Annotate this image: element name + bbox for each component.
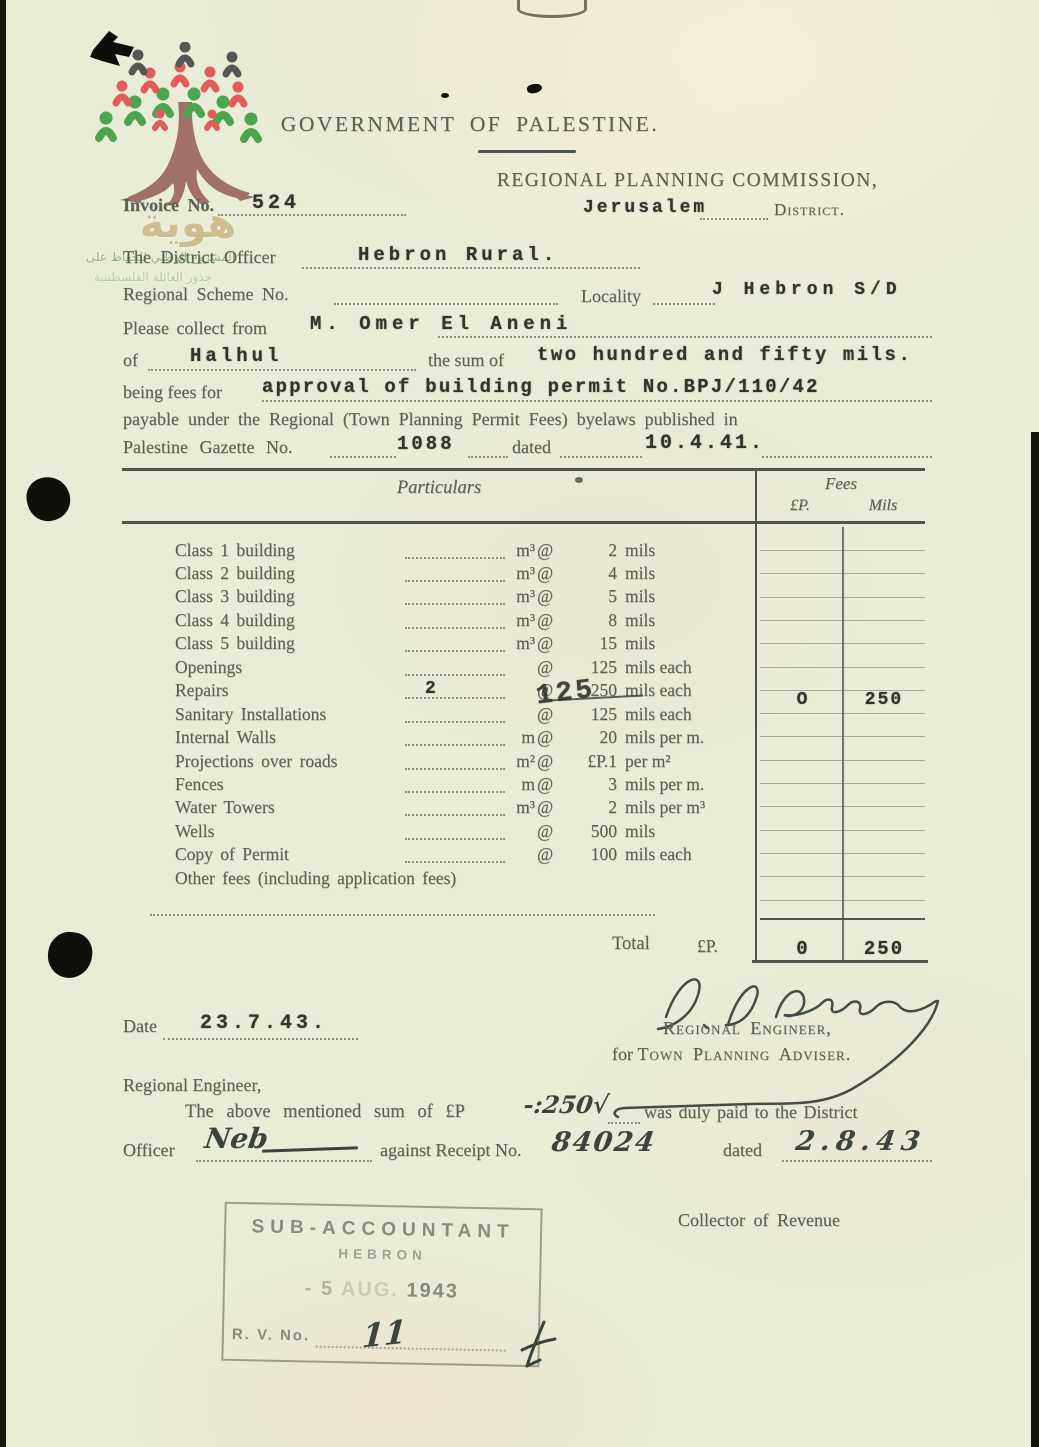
- fee-schedule-row: Sanitary Installations@125mils each: [175, 704, 795, 728]
- total-label: Total: [612, 934, 650, 955]
- fees-header: Fees: [757, 474, 925, 494]
- row-rate: 2: [558, 540, 617, 561]
- commission-title: REGIONAL PLANNING COMMISSION,: [445, 170, 930, 192]
- at-sign: @: [537, 727, 553, 748]
- officer-label: Officer: [123, 1140, 175, 1161]
- handwritten-receipt-no: 84024: [550, 1127, 658, 1158]
- row-label: Class 3 building: [175, 586, 295, 607]
- row-leader: [405, 625, 505, 629]
- particulars-header: Particulars: [122, 478, 756, 499]
- invoice-leader: [218, 212, 406, 216]
- punch-hole-bottom: [45, 929, 95, 981]
- district-leader: [700, 216, 768, 220]
- fee-row-line: [760, 900, 925, 901]
- at-sign: @: [537, 774, 553, 795]
- of-value: Halhul: [190, 345, 282, 367]
- fees-for-value: approval of building permit No.BPJ/110/4…: [262, 376, 820, 398]
- paid-line1-end: was duly paid to the District: [644, 1102, 857, 1123]
- sum-label: the sum of: [428, 350, 504, 371]
- fee-entry-pounds: O: [762, 690, 842, 710]
- sum-value: two hundred and fifty mils.: [537, 344, 912, 366]
- fee-subdivider-vertical: [842, 527, 844, 963]
- pounds-header: £P.: [760, 497, 840, 515]
- row-leader: [405, 789, 505, 793]
- row-rate-suffix: mils each: [625, 844, 692, 865]
- row-leader: [405, 859, 505, 863]
- row-label: Fences: [175, 774, 224, 795]
- collect-label: Please collect from: [123, 318, 267, 339]
- fee-schedule-row: Class 3 buildingm³@5mils: [175, 586, 795, 610]
- table-top-rule: [122, 468, 925, 471]
- scheme-label: Regional Scheme No.: [123, 284, 288, 305]
- gazette-leader2: [468, 454, 508, 458]
- row-leader: [405, 766, 505, 770]
- at-sign: @: [537, 586, 553, 607]
- row-unit: m³: [500, 797, 535, 818]
- fee-schedule-row: Internal Wallsm@20mils per m.: [175, 727, 795, 751]
- row-unit: m³: [500, 633, 535, 654]
- row-rate-suffix: mils: [625, 563, 655, 584]
- row-rate: 500: [558, 821, 617, 842]
- pen-flourish-mark: [518, 1318, 560, 1370]
- mils-header: Mils: [843, 497, 923, 515]
- fee-schedule-row: Wells@500mils: [175, 821, 795, 845]
- row-rate-suffix: mils each: [625, 657, 692, 678]
- for-adviser-line: for Town Planning Adviser.: [612, 1044, 851, 1065]
- row-rate: 4: [558, 563, 617, 584]
- row-label: Sanitary Installations: [175, 704, 326, 725]
- row-rate-suffix: mils per m³: [625, 797, 705, 818]
- handwritten-paid-date: 2.8.43: [794, 1126, 928, 1157]
- row-rate-suffix: mils each: [625, 704, 692, 725]
- date-label: Date: [123, 1016, 157, 1037]
- row-leader: [405, 695, 505, 699]
- row-rate: 100: [558, 844, 617, 865]
- scanned-invoice-page: هوية المشروع الوطني للحفاظ على جذور العا…: [0, 0, 1039, 1447]
- paid-dated-label: dated: [723, 1140, 762, 1161]
- locality-leader: [653, 301, 715, 305]
- row-rate: £P.1: [558, 751, 617, 772]
- row-label: Repairs: [175, 680, 228, 701]
- at-sign: @: [537, 844, 553, 865]
- at-sign: @: [537, 657, 553, 678]
- gazette-date: 10.4.41.: [645, 432, 765, 455]
- row-leader: [405, 672, 505, 676]
- row-leader: [405, 578, 505, 582]
- row-rate: 8: [558, 610, 617, 631]
- handwritten-officer: Neb: [203, 1122, 271, 1155]
- at-sign: @: [537, 610, 553, 631]
- row-rate-suffix: mils: [625, 633, 655, 654]
- fee-schedule-row: Copy of Permit@100mils each: [175, 844, 795, 868]
- paid-line1-start: The above mentioned sum of £P: [185, 1102, 465, 1123]
- row-leader: [405, 812, 505, 816]
- row-rate-suffix: mils per m.: [625, 727, 704, 748]
- row-leader: [405, 836, 505, 840]
- at-sign: @: [537, 751, 553, 772]
- particulars-end-leader: [150, 912, 655, 916]
- fee-schedule-row: Projections over roadsm²@£P.1per m²: [175, 751, 795, 775]
- row-label: Copy of Permit: [175, 844, 289, 865]
- page-title: GOVERNMENT OF PALESTINE.: [120, 112, 820, 137]
- row-rate-suffix: per m²: [625, 751, 671, 772]
- row-unit: m: [500, 774, 535, 795]
- scan-edge-left: [0, 0, 6, 1447]
- at-sign: @: [537, 633, 553, 654]
- fee-schedule-row: Class 4 buildingm³@8mils: [175, 610, 795, 634]
- row-rate: 5: [558, 586, 617, 607]
- row-label: Internal Walls: [175, 727, 276, 748]
- locality-value: J Hebron S/D: [712, 280, 902, 300]
- row-rate: 3: [558, 774, 617, 795]
- fee-schedule-row: Fencesm@3mils per m.: [175, 774, 795, 798]
- regional-engineer-title: Regional Engineer,: [663, 1018, 832, 1039]
- fees-for-leader: [262, 398, 932, 402]
- fee-total-top-rule: [760, 918, 925, 920]
- gazette-label: Palestine Gazette No.: [123, 437, 292, 458]
- row-leader: [405, 719, 505, 723]
- stamp-arc-mark: [517, 0, 587, 18]
- fee-entry-mils: 250: [843, 690, 925, 710]
- stamp-rv-leader: [316, 1344, 506, 1352]
- for-prefix: for: [612, 1044, 633, 1064]
- fee-schedule-row: Class 1 buildingm³@2mils: [175, 540, 795, 564]
- handwritten-officer-tail: [262, 1146, 358, 1152]
- locality-label: Locality: [581, 286, 641, 307]
- row-rate-suffix: mils: [625, 540, 655, 561]
- logo-arabic-line2: جذور العائلة الفلسطينية: [78, 270, 228, 284]
- row-rate-suffix: mils: [625, 821, 655, 842]
- stamp-date-month: AUG.: [341, 1278, 399, 1301]
- gazette-leader4: [762, 454, 932, 458]
- row-leader: [405, 555, 505, 559]
- fee-schedule-row: Class 5 buildingm³@15mils: [175, 633, 795, 657]
- row-rate: 2: [558, 797, 617, 818]
- regional-engineer-salutation: Regional Engineer,: [123, 1075, 261, 1096]
- dated-label: dated: [512, 437, 551, 458]
- district-officer-value: Hebron Rural.: [358, 244, 558, 266]
- row-leader: [405, 742, 505, 746]
- row-rate: 15: [558, 633, 617, 654]
- at-sign: @: [537, 540, 553, 561]
- invoice-label: Invoice No.: [123, 195, 214, 216]
- gazette-leader1: [330, 454, 396, 458]
- fees-for-label: being fees for: [123, 382, 222, 403]
- district-officer-label: The District Officer: [123, 247, 276, 268]
- stamp-title: SUB-ACCOUNTANT: [226, 1216, 540, 1245]
- row-label: Class 2 building: [175, 563, 295, 584]
- total-currency: £P.: [697, 936, 718, 957]
- row-unit: m³: [500, 586, 535, 607]
- row-label: Projections over roads: [175, 751, 338, 772]
- stamp-date: - 5 AUG. 1943: [225, 1276, 539, 1306]
- at-sign: @: [537, 563, 553, 584]
- officer-leader: [196, 1158, 372, 1162]
- row-leader: [405, 601, 505, 605]
- stamp-rv-label: R. V. No.: [232, 1326, 311, 1345]
- row-unit: m³: [500, 610, 535, 631]
- paid-date-leader: [782, 1158, 932, 1162]
- stamp-office: HEBRON: [226, 1244, 540, 1266]
- stamp-date-year: 1943: [406, 1280, 459, 1303]
- date-leader: [163, 1036, 358, 1040]
- stamp-date-day: - 5: [305, 1277, 335, 1300]
- row-label: Water Towers: [175, 797, 275, 818]
- row-label: Class 4 building: [175, 610, 295, 631]
- fee-schedule-row: Class 2 buildingm³@4mils: [175, 563, 795, 587]
- scheme-leader: [334, 301, 558, 305]
- row-unit: m³: [500, 540, 535, 561]
- district-value: Jerusalem: [583, 198, 707, 218]
- date-value: 23.7.43.: [200, 1012, 328, 1035]
- at-sign: @: [537, 821, 553, 842]
- fee-schedule-row: Openings@125mils each: [175, 657, 795, 681]
- title-ornament-rule: [478, 150, 576, 153]
- row-label: Wells: [175, 821, 214, 842]
- row-rate-suffix: mils: [625, 586, 655, 607]
- at-sign: @: [537, 797, 553, 818]
- row-unit: m³: [500, 563, 535, 584]
- row-label: Class 5 building: [175, 633, 295, 654]
- gazette-leader3: [560, 454, 642, 458]
- table-header-rule: [122, 521, 925, 524]
- receipt-label: against Receipt No.: [380, 1140, 521, 1161]
- district-label: District.: [774, 200, 845, 220]
- of-label: of: [123, 350, 138, 371]
- row-rate: 20: [558, 727, 617, 748]
- row-unit: m²: [500, 751, 535, 772]
- handwritten-rv-number: 11: [361, 1312, 408, 1355]
- payable-line: payable under the Regional (Town Plannin…: [123, 409, 738, 430]
- row-label: Class 1 building: [175, 540, 295, 561]
- handwritten-sum: -:250√: [522, 1090, 611, 1119]
- row-leader: [405, 648, 505, 652]
- of-leader: [148, 367, 416, 371]
- fee-schedule-row-repairs: Repairs2@250mils each: [175, 680, 795, 704]
- punch-hole-top: [22, 472, 74, 525]
- collector-of-revenue: Collector of Revenue: [678, 1210, 840, 1231]
- adviser-title: Town Planning Adviser.: [638, 1044, 852, 1064]
- row-label: Other fees (including application fees): [175, 868, 456, 889]
- fee-schedule-row: Water Towersm³@2mils per m³: [175, 797, 795, 821]
- typed-quantity: 2: [425, 679, 438, 699]
- row-rate-suffix: mils per m.: [625, 774, 704, 795]
- fee-schedule-row: Other fees (including application fees): [175, 868, 795, 892]
- gazette-number: 1088: [397, 433, 455, 455]
- paid-leader1: [608, 1120, 640, 1124]
- invoice-number: 524: [252, 192, 300, 215]
- row-rate-suffix: mils: [625, 610, 655, 631]
- row-unit: m: [500, 727, 535, 748]
- collect-value: M. Omer El Aneni: [310, 313, 572, 335]
- ink-speck: [441, 93, 449, 98]
- scan-edge-right: [1031, 432, 1039, 1447]
- row-label: Openings: [175, 657, 242, 678]
- row-rate-suffix: mils each: [625, 680, 692, 701]
- ink-speck: [526, 82, 543, 94]
